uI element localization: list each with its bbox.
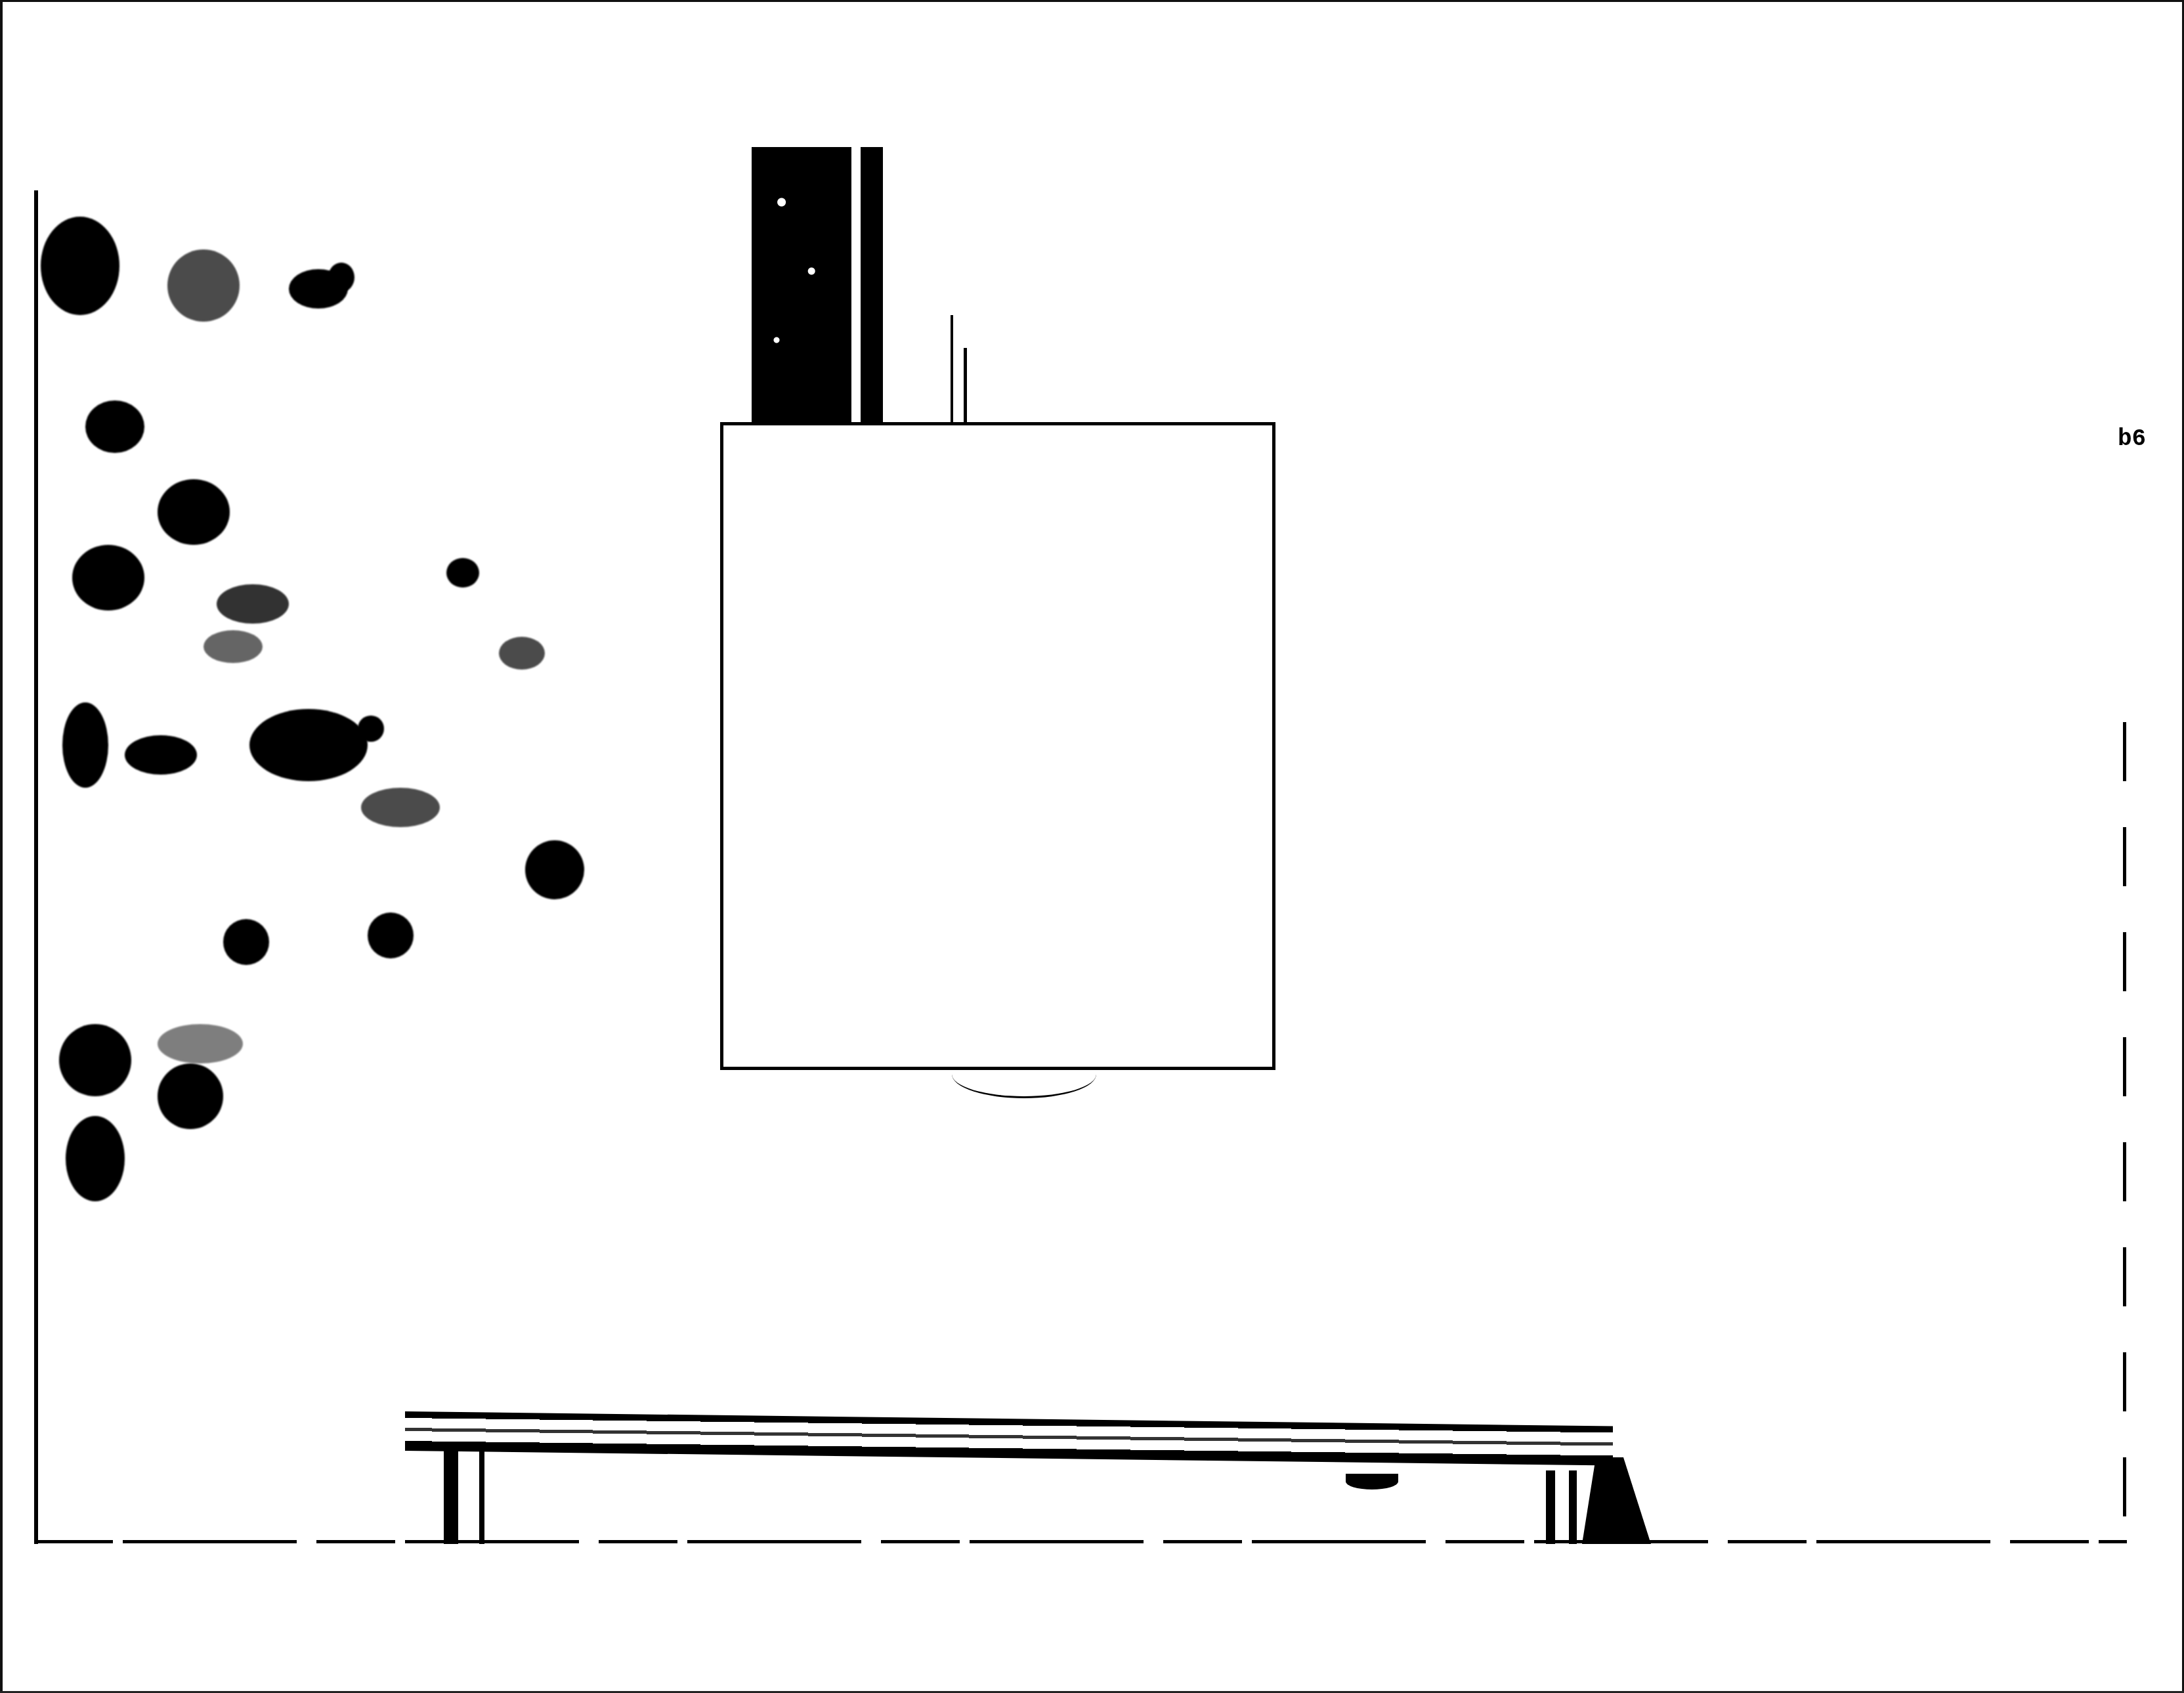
scan-edge-left [0,0,3,1693]
arc-shape [952,1050,1096,1098]
photo-border-right [2123,722,2126,1544]
column-edge [861,147,883,423]
redaction-code: b6 [2118,425,2146,452]
bench-leg-left-inner [479,1451,484,1544]
photo-border-left [34,190,38,1544]
column-thin-line [964,348,967,423]
photo-border-bottom [34,1540,2127,1543]
document-page: b6 [0,0,2184,1693]
bench-leg-right-inner [1569,1470,1577,1544]
dark-column [752,147,851,423]
column-highlight [851,147,861,423]
bench-leg-right [1546,1470,1555,1544]
redaction-box [720,422,1275,1070]
column-thin-line [951,315,953,423]
bench-leg-left [444,1451,458,1544]
bench-knot [1346,1474,1398,1489]
scan-edge-top [0,0,2184,2]
